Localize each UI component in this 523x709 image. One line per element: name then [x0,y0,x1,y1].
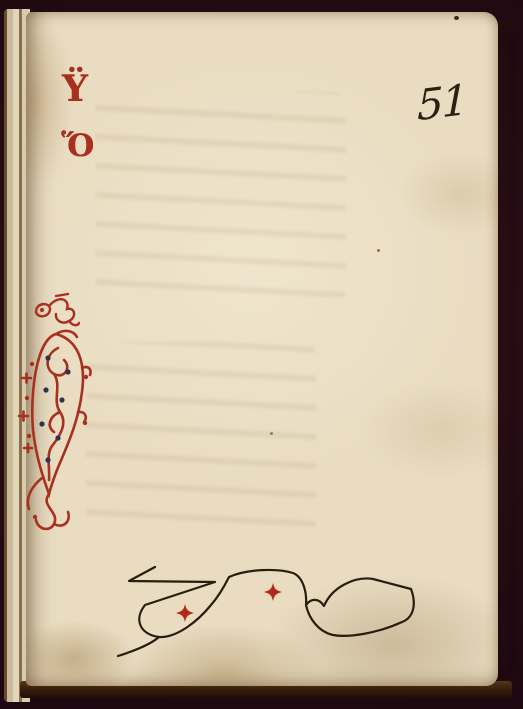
marginal-flourish-icon [26,292,80,332]
ink-speck [270,432,273,435]
rubricated-initial-omicron: Ὅ [61,128,94,164]
manuscript-photo: 51 Ϋ Ὅ περ τῶν προσκομισθέντων Ϛἁγιασθέν… [0,0,523,709]
ink-speck [377,249,380,252]
show-through-texture [96,92,346,302]
ink-speck [454,16,459,20]
tailpiece-flourish-icon [115,563,435,663]
rubricated-initial-upsilon: Ϋ [62,68,88,110]
decorated-initial-icon [12,328,98,536]
show-through-texture [86,342,316,532]
folio-number: 51 [417,75,466,130]
